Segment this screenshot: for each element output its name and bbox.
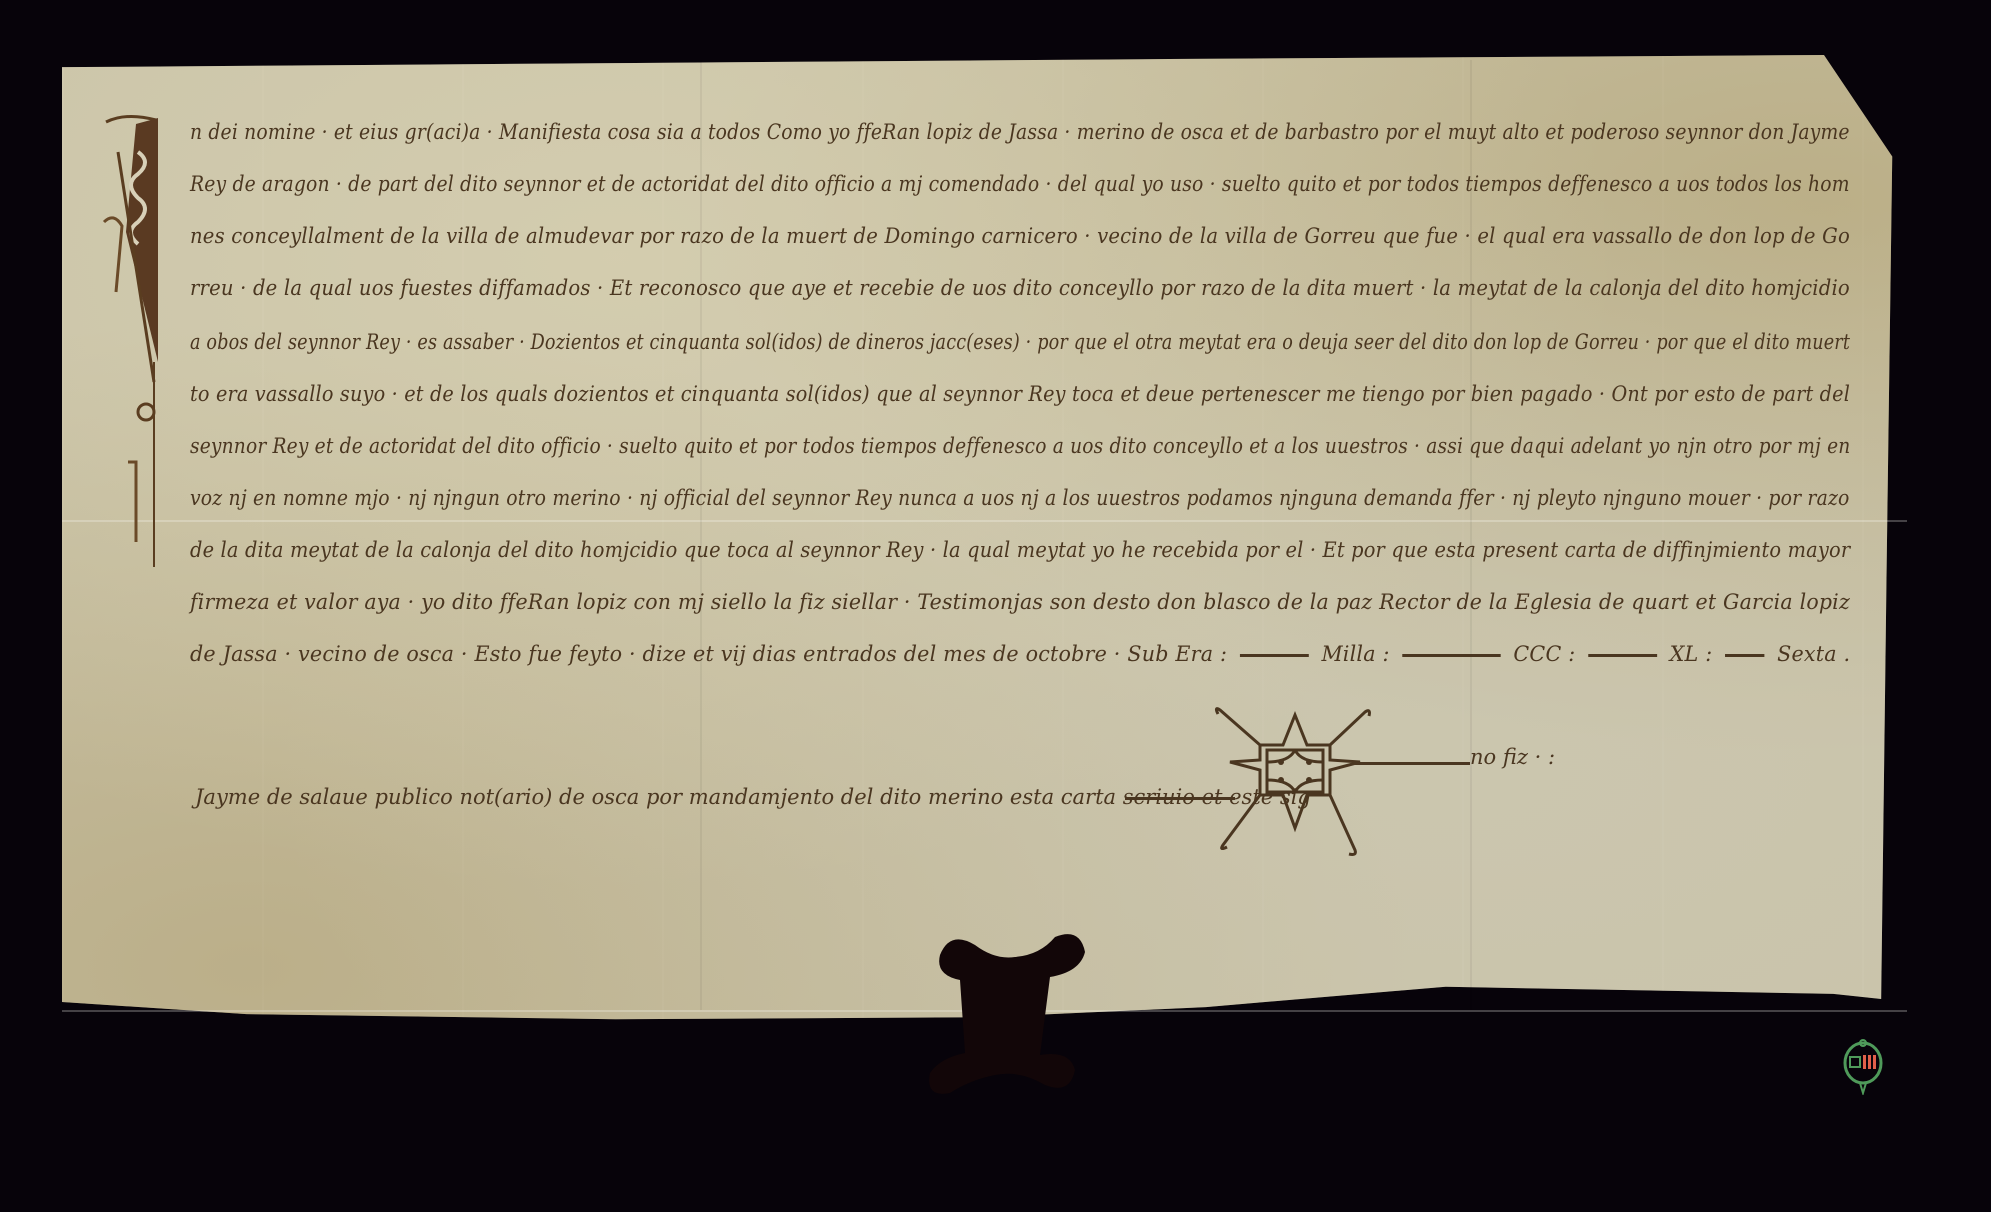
date-dash <box>1402 654 1500 657</box>
seal-hole-icon <box>920 925 1095 1095</box>
horizontal-fold-crease <box>62 520 1907 522</box>
charter-line: n dei nomine · et eius gr(aci)a · Manifi… <box>190 120 1850 144</box>
date-dash <box>1725 654 1764 657</box>
charter-line: seynnor Rey et de actoridat del dito off… <box>190 434 1850 458</box>
date-part-thousand: Milla : <box>1321 642 1389 666</box>
charter-line: de la dita meytat de la calonja del dito… <box>190 538 1850 562</box>
vertical-fold-crease <box>1470 60 1472 1010</box>
parchment-sheet <box>62 55 1907 1070</box>
charter-line: voz nj en nomne mjo · nj njngun otro mer… <box>190 486 1850 510</box>
charter-line-dating: de Jassa · vecino de osca · Esto fue fey… <box>190 642 1850 666</box>
charter-line: a obos del seynnor Rey · es assaber · Do… <box>190 330 1850 354</box>
signum-caption: no fiz · : <box>1470 745 1555 769</box>
charter-line: firmeza et valor aya · yo dito ffeRan lo… <box>190 590 1850 614</box>
charter-line: Rey de aragon · de part del dito seynnor… <box>190 172 1850 196</box>
charter-line: rreu · de la qual uos fuestes diffamados… <box>190 276 1850 300</box>
date-dash <box>1588 654 1657 657</box>
ornamental-initial-icon <box>96 112 160 572</box>
charter-line: de Jassa · vecino de osca · Esto fue fey… <box>190 642 1227 666</box>
archive-stamp-icon <box>1838 1035 1888 1095</box>
date-part-units: Sexta . <box>1777 642 1850 666</box>
date-dash <box>1240 654 1309 657</box>
vertical-fold-crease <box>700 60 702 1010</box>
charter-line: nes conceyllalment de la villa de almude… <box>190 224 1850 248</box>
date-part-hundreds: CCC : <box>1513 642 1575 666</box>
charter-line: to era vassallo suyo · et de los quals d… <box>190 382 1850 406</box>
date-part-tens: XL : <box>1670 642 1713 666</box>
notarial-signum-star-icon <box>1195 700 1395 860</box>
